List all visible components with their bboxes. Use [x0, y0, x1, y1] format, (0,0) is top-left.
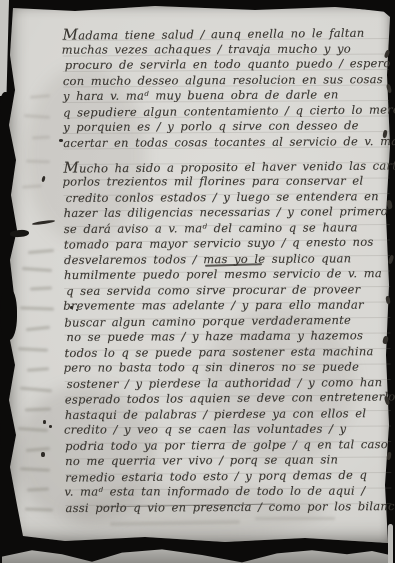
- text-line: esperado todos los aquien se deve con en…: [65, 389, 391, 408]
- text-line: credito conlos estados / y luego se ente…: [66, 188, 392, 205]
- text-line: con mucho desseo alguna resolucion en su…: [63, 72, 389, 89]
- text-line: todos lo q se puede para sostener esta m…: [64, 344, 390, 361]
- text-line: pero no basta todo q sin dineros no se p…: [64, 359, 390, 376]
- ink-mark: [41, 452, 45, 457]
- text-line: muchas vezes achaques / travaja mucho y …: [62, 41, 388, 58]
- text-line: v. maᵈ esta tan informado de todo lo de …: [64, 483, 390, 500]
- handwritten-text: Madama tiene salud / aunq enella no le f…: [63, 25, 392, 516]
- adjacent-page-sliver: [0, 0, 9, 96]
- text-line: y porquien es / y porlo q sirve con dess…: [63, 118, 389, 135]
- text-line: no se puede mas / y haze madama y hazemo…: [66, 328, 392, 345]
- text-line: Madama tiene salud / aunq enella no le f…: [62, 24, 388, 43]
- text-line: podria todo ya por tierra de golpe / q e…: [65, 437, 391, 454]
- text-line: hazer las diligencias necessarias / y co…: [64, 204, 390, 221]
- text-line: tomado para mayor servicio suyo / q enes…: [64, 234, 390, 253]
- text-line: q sea servida como sirve procurar de pro…: [66, 281, 392, 298]
- binding-notch: [0, 92, 11, 120]
- under-page-edge: [2, 547, 393, 563]
- text-line: brevemente mas adelante / y para ello ma…: [63, 297, 389, 314]
- under-page-corner-edge: [388, 524, 393, 563]
- text-line: q sepudiere algun contentamiento / q cie…: [63, 102, 389, 121]
- text-line: acertar en todas cosas tocantes al servi…: [63, 134, 389, 151]
- ink-mark: [59, 139, 63, 142]
- paragraph-1: Madama tiene salud / aunq enella no le f…: [63, 25, 390, 151]
- text-line: no me querria ver vivo / porq se quan si…: [65, 452, 391, 469]
- ink-mark: [76, 309, 78, 311]
- edge-ink-mark: [386, 200, 393, 210]
- ink-mark: [43, 420, 46, 424]
- text-line: procuro de servirla en todo quanto puedo…: [65, 56, 391, 73]
- bleedthrough-streak: [255, 517, 335, 520]
- ink-mark: [49, 425, 52, 428]
- binding-notch: [0, 288, 17, 340]
- text-line: y hara v. maᵈ muy buena obra de darle en: [63, 87, 389, 104]
- text-line: hastaqui de palabras / pierdese ya con e…: [65, 406, 391, 423]
- paragraph-2: Mucho ha sido a proposito el haver venid…: [63, 158, 391, 516]
- binding-notch: [0, 415, 14, 453]
- manuscript-photo: Madama tiene salud / aunq enella no le f…: [0, 0, 395, 563]
- ink-mark: [70, 306, 73, 309]
- text-line: credito / y veo q se caen las voluntades…: [64, 421, 390, 438]
- text-line: porlos trezientos mil florines para cons…: [62, 173, 388, 190]
